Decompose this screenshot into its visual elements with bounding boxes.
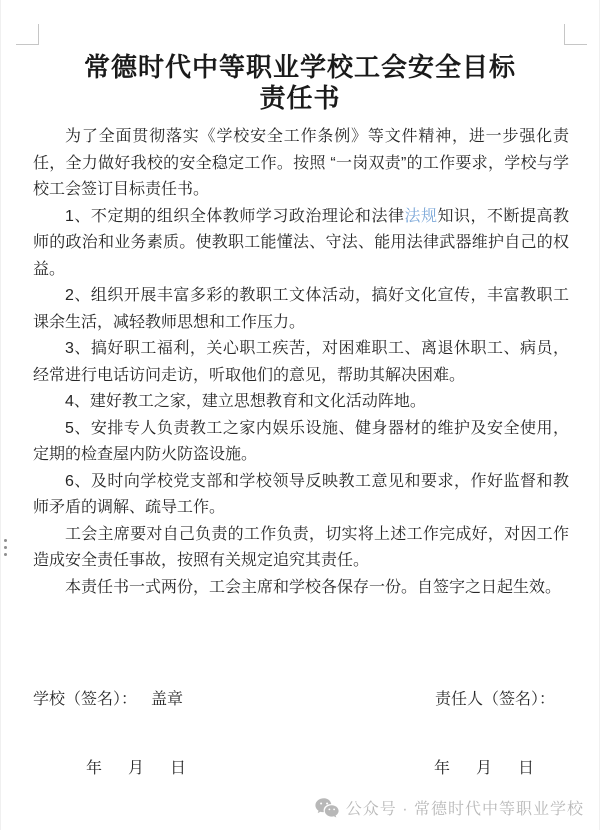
document-body: 为了全面贯彻落实《学校安全工作条例》等文件精神，进一步强化责任，全力做好我校的安…	[33, 124, 569, 601]
responsible-signature-label: 责任人（签名）：	[435, 691, 555, 708]
term-link-fagui[interactable]: 法规	[404, 208, 437, 225]
signature-school: 学校（签名）： 盖章	[33, 686, 183, 713]
wechat-icon	[315, 798, 339, 818]
signature-row: 学校（签名）： 盖章 责任人（签名）：	[33, 686, 567, 713]
date-fields-responsible: 年 月 日	[434, 755, 534, 782]
document-title: 常德时代中等职业学校工会安全目标 责任书	[41, 52, 559, 114]
date-day-label: 日	[170, 755, 186, 782]
paragraph-item-1: 1、不定期的组织全体教师学习政治理论和法律法规知识，不断提高教师的政治和业务素质…	[33, 204, 569, 284]
margin-dots-icon	[4, 539, 7, 556]
date-year-label: 年	[86, 755, 102, 782]
watermark-badge: 公众号 · 常德时代中等职业学校	[315, 796, 584, 819]
document-title-line1: 常德时代中等职业学校工会安全目标	[41, 52, 559, 83]
paragraph-intro: 为了全面贯彻落实《学校安全工作条例》等文件精神，进一步强化责任，全力做好我校的安…	[33, 124, 569, 204]
date-row: 年 月 日 年 月 日	[33, 755, 567, 782]
paragraph-item-5: 5、安排专人负责教工之家内娱乐设施、健身器材的维护及安全使用，定期的检查屋内防火…	[33, 416, 569, 469]
paragraph-closing-responsibility: 工会主席要对自己负责的工作负责，切实将上述工作完成好，对因工作造成安全责任事故，…	[33, 522, 569, 575]
date-day-label: 日	[518, 755, 534, 782]
paragraph-item-1-text: 1、不定期的组织全体教师学习政治理论和法律	[65, 208, 404, 225]
paragraph-item-6: 6、及时向学校党支部和学校领导反映教工意见和要求，作好监督和教师矛盾的调解、疏导…	[33, 469, 569, 522]
date-month-label: 月	[476, 755, 492, 782]
margin-crop-mark-top-left	[16, 24, 39, 45]
paragraph-item-2: 2、组织开展丰富多彩的教职工文体活动，搞好文化宣传，丰富教职工课余生活，减轻教师…	[33, 283, 569, 336]
date-year-label: 年	[434, 755, 450, 782]
margin-crop-mark-top-right	[564, 24, 587, 45]
paragraph-item-3: 3、搞好职工福利，关心职工疾苦，对困难职工、离退休职工、病员，经常进行电话访问走…	[33, 336, 569, 389]
date-month-label: 月	[128, 755, 144, 782]
school-signature-label: 学校（签名）：	[33, 686, 137, 713]
school-seal-label: 盖章	[151, 686, 183, 713]
signature-responsible: 责任人（签名）：	[435, 686, 555, 713]
document-title-line2: 责任书	[41, 83, 559, 114]
date-fields-school: 年 月 日	[86, 755, 186, 782]
paragraph-item-4: 4、建好教工之家，建立思想教育和文化活动阵地。	[33, 389, 569, 416]
document-page: 常德时代中等职业学校工会安全目标 责任书 为了全面贯彻落实《学校安全工作条例》等…	[0, 0, 600, 830]
paragraph-closing-copies: 本责任书一式两份，工会主席和学校各保存一份。自签字之日起生效。	[33, 575, 569, 602]
watermark-text: 公众号 · 常德时代中等职业学校	[346, 796, 584, 819]
